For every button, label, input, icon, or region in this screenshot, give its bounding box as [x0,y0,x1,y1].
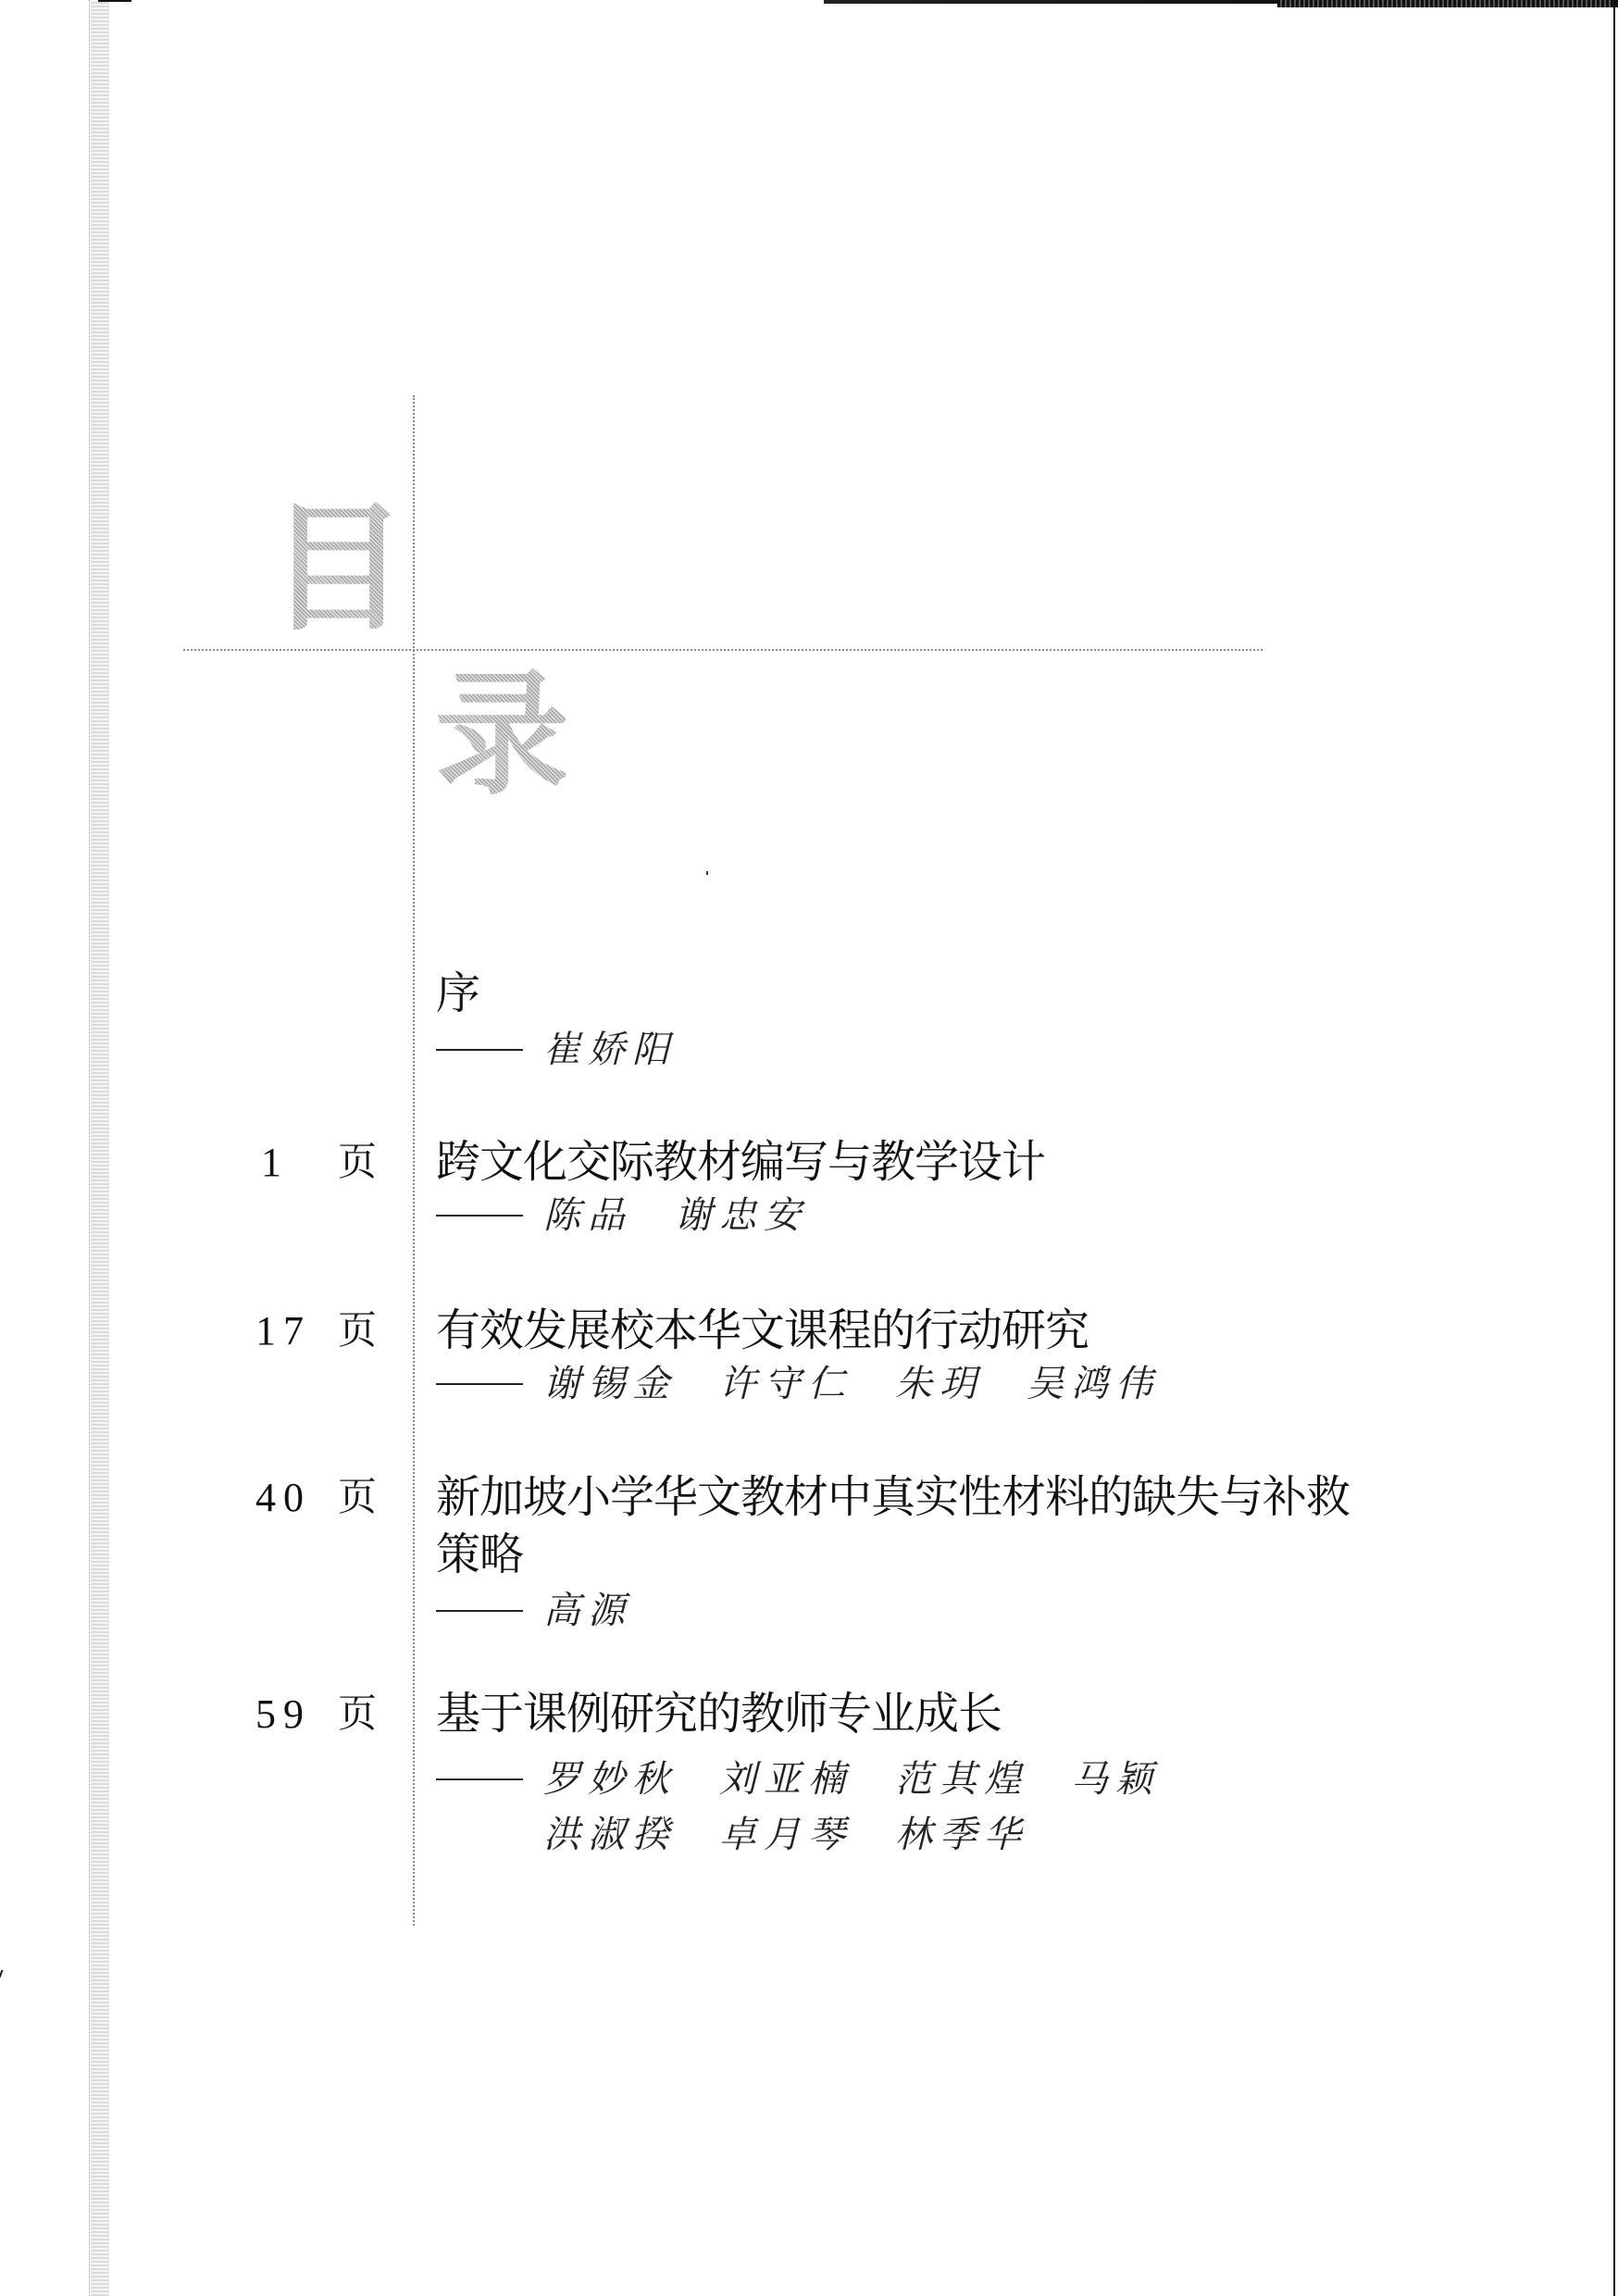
page-label: 页 [338,1142,377,1181]
author-name: 陈品 [543,1197,632,1234]
em-dash-line [436,1215,523,1217]
em-dash-line [436,1610,523,1612]
scan-artifact-mark [0,1970,8,1978]
em-dash-line [436,1049,523,1051]
author-name: 卓月琴 [719,1816,853,1853]
vertical-dotted-rule [413,395,415,1926]
entry-title[interactable]: 跨文化交际教材编写与教学设计 [436,1140,1045,1184]
entry-authors: 谢锡金 许守仁 朱玥 吴鸿伟 [436,1366,1202,1403]
page-number: 1 [261,1142,289,1183]
author-name: 高源 [543,1592,632,1629]
entry-title[interactable]: 新加坡小学华文教材中真实性材料的缺失与补救 [436,1475,1350,1519]
author-name: 崔娇阳 [543,1031,677,1068]
author-name: 许守仁 [719,1366,853,1403]
entry-title[interactable]: 有效发展校本华文课程的行动研究 [436,1308,1089,1353]
author-name: 吴鸿伟 [1027,1366,1160,1403]
em-dash-line [436,1383,523,1385]
page-label: 页 [338,1478,377,1516]
page-number: 40 [255,1478,311,1518]
entry-authors-continued: 洪淑揆 卓月琴 林季华 [543,1816,1071,1853]
scan-edge-mark [98,0,131,2]
page-number: 59 [255,1694,311,1735]
entry-title-continued[interactable]: 策略 [436,1532,523,1577]
entry-authors: 高源 [436,1592,675,1629]
scan-top-edge-shadow [1277,0,1618,7]
entry-title[interactable]: 序 [436,971,479,1016]
author-name: 林季华 [895,1816,1028,1853]
toc-heading-char-1: 目 [268,500,407,639]
author-name: 朱玥 [895,1366,984,1403]
spine-edge-line [89,0,91,2296]
author-name: 刘亚楠 [719,1761,853,1798]
scan-right-edge [1613,0,1615,2296]
page-label: 页 [338,1694,377,1733]
decorative-dot [706,871,708,875]
book-spine-shadow [91,0,109,2296]
page-label: 页 [338,1311,377,1350]
entry-authors: 陈品 谢忠安 [436,1197,851,1234]
entry-authors: 罗妙秋 刘亚楠 范其煌 马颖 [436,1761,1202,1798]
author-name: 罗妙秋 [543,1761,677,1798]
author-name: 洪淑揆 [543,1816,677,1853]
toc-heading-char-2: 录 [435,668,569,803]
page-number: 17 [255,1311,311,1352]
author-name: 谢锡金 [543,1366,677,1403]
entry-title[interactable]: 基于课例研究的教师专业成长 [436,1691,1002,1736]
author-name: 谢忠安 [675,1197,808,1234]
author-name: 范其煌 [895,1761,1028,1798]
horizontal-dotted-rule [183,649,1263,651]
em-dash-line [436,1778,523,1780]
author-name: 马颖 [1071,1761,1160,1798]
entry-authors: 崔娇阳 [436,1031,719,1068]
